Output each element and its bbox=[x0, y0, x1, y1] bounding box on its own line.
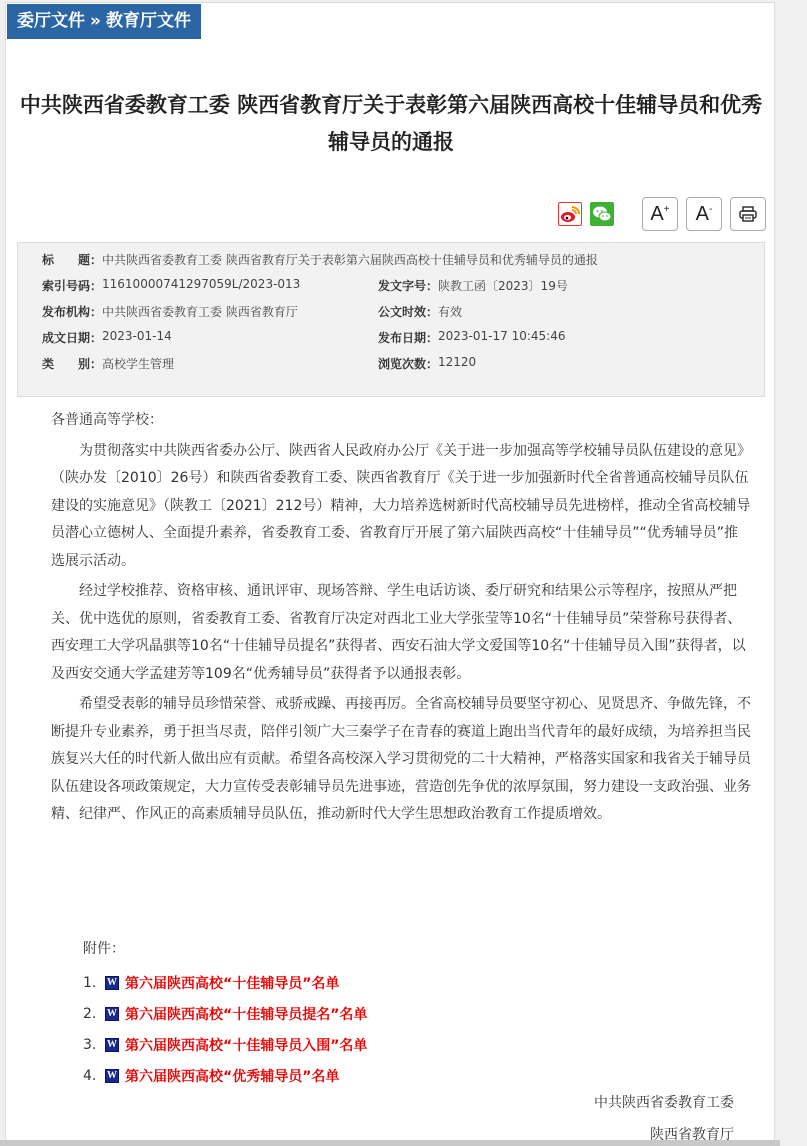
attachment-number: 1. bbox=[83, 975, 105, 991]
page-title: 中共陕西省委教育工委 陕西省教育厅关于表彰第六届陕西高校十佳辅导员和优秀辅导员的… bbox=[6, 87, 776, 161]
minus-icon: - bbox=[709, 204, 712, 215]
breadcrumb-item-committee-docs[interactable]: 委厅文件 bbox=[17, 4, 85, 39]
salutation: 各普通高等学校： bbox=[51, 407, 751, 435]
attachments-heading: 附件： bbox=[83, 934, 367, 964]
body-paragraph: 经过学校推荐、资格审核、通讯评审、现场答辩、学生电话访谈、委厅研究和结果公示等程… bbox=[51, 578, 751, 688]
meta-title-label: 标 题： bbox=[42, 251, 102, 268]
font-decrease-label: A bbox=[696, 203, 709, 226]
horizontal-scrollbar[interactable] bbox=[0, 1140, 780, 1146]
meta-category-label: 类 别： bbox=[42, 355, 102, 372]
meta-docno-label: 发文字号： bbox=[378, 277, 438, 294]
attachment-item: 4. W 第六届陕西高校“优秀辅导员”名单 bbox=[83, 1060, 367, 1091]
word-document-icon: W bbox=[105, 976, 119, 990]
content-panel: 委厅文件»教育厅文件 中共陕西省委教育工委 陕西省教育厅关于表彰第六届陕西高校十… bbox=[5, 2, 775, 1146]
meta-written-label: 成文日期： bbox=[42, 329, 102, 346]
meta-title-row: 标 题：中共陕西省委教育工委 陕西省教育厅关于表彰第六届陕西高校十佳辅导员和优秀… bbox=[42, 251, 598, 268]
attachment-item: 1. W 第六届陕西高校“十佳辅导员”名单 bbox=[83, 967, 367, 998]
body-paragraph: 希望受表彰的辅导员珍惜荣誉、戒骄戒躁、再接再厉。全省高校辅导员要坚守初心、见贤思… bbox=[51, 691, 751, 829]
printer-icon bbox=[739, 206, 757, 222]
attachment-item: 3. W 第六届陕西高校“十佳辅导员入围”名单 bbox=[83, 1029, 367, 1060]
word-document-icon: W bbox=[105, 1038, 119, 1052]
attachment-number: 2. bbox=[83, 1006, 105, 1022]
print-button[interactable] bbox=[730, 197, 766, 231]
body-paragraph: 为贯彻落实中共陕西省委办公厅、陕西省人民政府办公厅《关于进一步加强高等学校辅导员… bbox=[51, 438, 751, 576]
weibo-share-button[interactable] bbox=[558, 202, 582, 226]
meta-row-3: 发布机构：中共陕西省委教育工委 陕西省教育厅 公文时效：有效 bbox=[42, 303, 298, 320]
word-document-icon: W bbox=[105, 1069, 119, 1083]
meta-index-value: 11610000741297059L/2023-013 bbox=[102, 277, 300, 294]
font-increase-button[interactable]: A+ bbox=[642, 197, 678, 231]
attachment-link-top-ten-nominee[interactable]: 第六届陕西高校“十佳辅导员提名”名单 bbox=[125, 1004, 367, 1024]
meta-title-value: 中共陕西省委教育工委 陕西省教育厅关于表彰第六届陕西高校十佳辅导员和优秀辅导员的… bbox=[102, 251, 598, 268]
signature-line-1: 中共陕西省委教育工委 bbox=[594, 1092, 734, 1112]
attachment-link-excellent[interactable]: 第六届陕西高校“优秀辅导员”名单 bbox=[125, 1066, 339, 1086]
meta-published-value: 2023-01-17 10:45:46 bbox=[438, 329, 565, 346]
breadcrumb-item-education-docs[interactable]: 教育厅文件 bbox=[106, 4, 191, 39]
plus-icon: + bbox=[664, 204, 670, 215]
breadcrumb: 委厅文件»教育厅文件 bbox=[7, 4, 201, 39]
meta-publisher-value: 中共陕西省委教育工委 陕西省教育厅 bbox=[102, 303, 298, 320]
attachment-number: 3. bbox=[83, 1037, 105, 1053]
attachment-number: 4. bbox=[83, 1068, 105, 1084]
document-metadata: 标 题：中共陕西省委教育工委 陕西省教育厅关于表彰第六届陕西高校十佳辅导员和优秀… bbox=[17, 242, 765, 397]
word-document-icon: W bbox=[105, 1007, 119, 1021]
weibo-icon bbox=[560, 205, 580, 223]
meta-docno-value: 陕教工函〔2023〕19号 bbox=[438, 277, 568, 294]
attachments: 附件： 1. W 第六届陕西高校“十佳辅导员”名单 2. W 第六届陕西高校“十… bbox=[83, 934, 367, 1091]
meta-views-label: 浏览次数： bbox=[378, 355, 438, 372]
meta-row-2: 索引号码：11610000741297059L/2023-013 发文字号：陕教… bbox=[42, 277, 300, 294]
attachment-item: 2. W 第六届陕西高校“十佳辅导员提名”名单 bbox=[83, 998, 367, 1029]
meta-written-value: 2023-01-14 bbox=[102, 329, 172, 346]
attachment-link-top-ten[interactable]: 第六届陕西高校“十佳辅导员”名单 bbox=[125, 973, 339, 993]
meta-views-value: 12120 bbox=[438, 355, 476, 372]
wechat-icon bbox=[592, 205, 612, 223]
breadcrumb-separator: » bbox=[90, 4, 101, 39]
meta-row-5: 类 别：高校学生管理 浏览次数：12120 bbox=[42, 355, 174, 372]
meta-validity-label: 公文时效： bbox=[378, 303, 438, 320]
meta-category-value: 高校学生管理 bbox=[102, 355, 174, 372]
font-decrease-button[interactable]: A- bbox=[686, 197, 722, 231]
meta-row-4: 成文日期：2023-01-14 发布日期：2023-01-17 10:45:46 bbox=[42, 329, 172, 346]
font-increase-label: A bbox=[650, 203, 663, 226]
attachment-link-top-ten-finalist[interactable]: 第六届陕西高校“十佳辅导员入围”名单 bbox=[125, 1035, 367, 1055]
article-toolbar: A+ A- bbox=[558, 197, 766, 231]
meta-index-label: 索引号码： bbox=[42, 277, 102, 294]
wechat-share-button[interactable] bbox=[590, 202, 614, 226]
article-body: 各普通高等学校： 为贯彻落实中共陕西省委办公厅、陕西省人民政府办公厅《关于进一步… bbox=[51, 407, 751, 832]
meta-validity-value: 有效 bbox=[438, 303, 462, 320]
meta-publisher-label: 发布机构： bbox=[42, 303, 102, 320]
meta-published-label: 发布日期： bbox=[378, 329, 438, 346]
